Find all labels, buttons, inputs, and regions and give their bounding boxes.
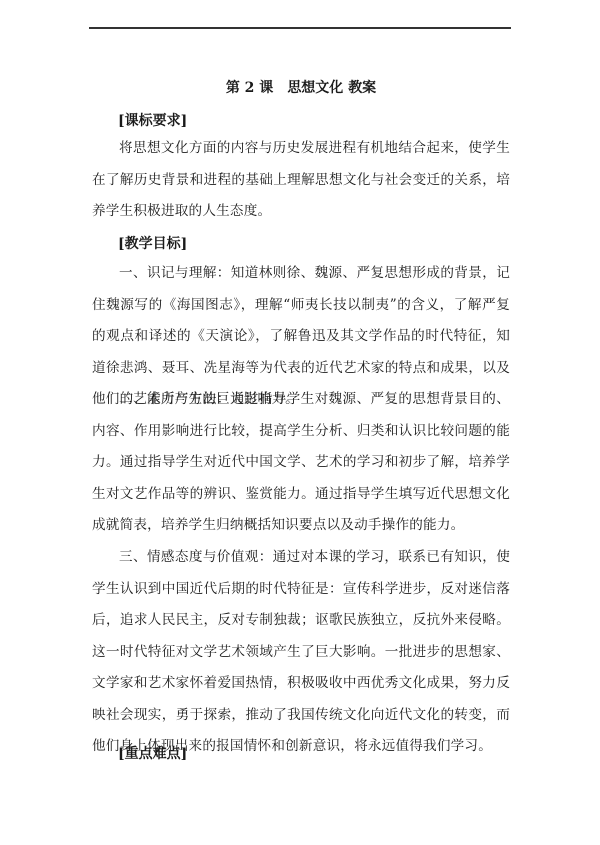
page-title: 第 2 课思想文化 教案 — [92, 78, 510, 98]
section-heading-objectives: [教学目标] — [118, 234, 187, 254]
section-heading-curriculum: [课标要求] — [118, 111, 187, 131]
paragraph-curriculum: 将思想文化方面的内容与历史发展进程有机地结合起来，使学生在了解历史背景和进程的基… — [92, 133, 510, 228]
title-lesson: 第 2 课 — [226, 80, 274, 96]
section-heading-key-points: [重点难点] — [118, 744, 187, 764]
title-type: 教案 — [348, 80, 376, 96]
paragraph-objective-2: 二、能力与方法：通过指导学生对魏源、严复的思想背景目的、内容、作用影响进行比较，… — [92, 384, 510, 542]
title-topic: 思想文化 — [287, 80, 343, 96]
paragraph-objective-3: 三、情感态度与价值观：通过对本课的学习，联系已有知识，使学生认识到中国近代后期的… — [92, 542, 510, 763]
header-rule — [89, 27, 511, 29]
